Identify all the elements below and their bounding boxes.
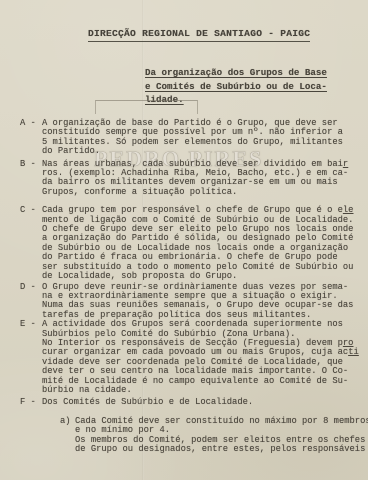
document-subtitle: Da organização dos Grupos de Basee Comit…	[145, 66, 327, 107]
hyphenation-underline: ti	[348, 347, 359, 357]
document-body: A -A organização de base do Partido é o …	[20, 119, 362, 454]
hyphenation-underline: le	[343, 205, 354, 215]
subtitle-line: Da organização dos Grupos de Base	[145, 67, 327, 78]
subtitle-line: lidade.	[145, 94, 184, 105]
subtitle-line: e Comités de Subúrbio ou de Loca-	[145, 81, 327, 92]
section-label: C -	[20, 206, 42, 215]
section-A: A -A organização de base do Partido é o …	[20, 119, 362, 157]
section-label: a)	[60, 417, 75, 426]
section-line: do Partido.	[42, 147, 362, 156]
section-label: E -	[20, 320, 42, 329]
section-B: B -Nas áreas urbanas, cada subúrbio deve…	[20, 160, 362, 198]
scanned-document: { "document": { "title": "DIRECÇÃO REGIO…	[0, 0, 368, 480]
section-label: B -	[20, 160, 42, 169]
section-F: F -Dos Comités de Subúrbio e de Localida…	[20, 398, 362, 407]
section-C: C -Cada grupo tem por responsável o chef…	[20, 206, 362, 281]
section-line: Grupos, conforme a situação política.	[42, 188, 362, 197]
section-label: A -	[20, 119, 42, 128]
document-title: DIRECÇÃO REGIONAL DE SANTIAGO - PAIGC	[88, 28, 310, 42]
section-line: de Localidade, sob proposta do Grupo.	[42, 272, 362, 281]
section-E: E -A actividade dos Grupos será coordena…	[20, 320, 362, 395]
section-line: de Grupo ou designados, entre estes, pel…	[75, 445, 368, 454]
section-a: a)Cada Comité deve ser constituído no má…	[60, 417, 362, 455]
section-line: búrbio na cidade.	[42, 386, 362, 395]
section-D: D -O Grupo deve reunir-se ordinàriamente…	[20, 283, 362, 321]
section-line: Dos Comités de Subúrbio e de Localidade.	[42, 398, 362, 407]
section-label: D -	[20, 283, 42, 292]
section-label: F -	[20, 398, 42, 407]
